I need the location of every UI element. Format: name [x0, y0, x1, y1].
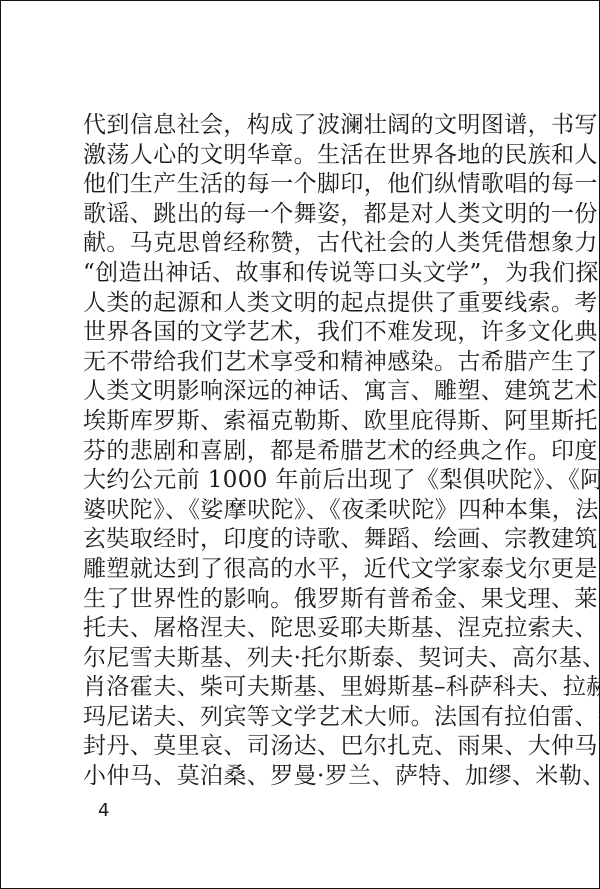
text-line: 芬的悲剧和喜剧，都是希腊艺术的经典之作。印度	[83, 437, 523, 467]
book-page: 代到信息社会，构成了波澜壮阔的文明图谱，书写了 激荡人心的文明华章。生活在世界各…	[0, 0, 600, 889]
text-line: 玛尼诺夫、列宾等文学艺术大师。法国有拉伯雷、拉	[83, 703, 523, 733]
text-line: 肖洛霍夫、柴可夫斯基、里姆斯基–科萨科夫、拉赫	[83, 673, 523, 703]
text-line: 激荡人心的文明华章。生活在世界各地的民族和人民，	[83, 141, 523, 171]
text-line: 歌谣、跳出的每一个舞姿，都是对人类文明的一份贡	[83, 200, 523, 230]
body-text: 代到信息社会，构成了波澜壮阔的文明图谱，书写了 激荡人心的文明华章。生活在世界各…	[83, 111, 523, 792]
text-line: 托夫、屠格涅夫、陀思妥耶夫斯基、涅克拉索夫、车	[83, 614, 523, 644]
text-line: 埃斯库罗斯、索福克勒斯、欧里庇得斯、阿里斯托	[83, 407, 523, 437]
text-line: 雕塑就达到了很高的水平，近代文学家泰戈尔更是产	[83, 555, 523, 585]
text-line: 玄奘取经时，印度的诗歌、舞蹈、绘画、宗教建筑和	[83, 525, 523, 555]
text-line: 世界各国的文学艺术，我们不难发现，许多文化典范，	[83, 318, 523, 348]
text-line: 代到信息社会，构成了波澜壮阔的文明图谱，书写了	[83, 111, 523, 141]
page-number: 4	[98, 800, 109, 821]
text-line: 无不带给我们艺术享受和精神感染。古希腊产生了对	[83, 348, 523, 378]
text-line: 生了世界性的影响。俄罗斯有普希金、果戈理、莱蒙	[83, 585, 523, 615]
text-line: 人类的起源和人类文明的起点提供了重要线索。考察	[83, 289, 523, 319]
text-line: 他们生产生活的每一个脚印，他们纵情歌唱的每一首	[83, 170, 523, 200]
text-line: 献。马克思曾经称赞，古代社会的人类凭借想象力，	[83, 229, 523, 259]
text-line: 婆吠陀》、《娑摩吠陀》、《夜柔吠陀》四种本集，法显、	[83, 496, 523, 526]
text-line: 大约公元前 1000 年前后出现了《梨俱吠陀》、《阿达	[83, 466, 523, 496]
text-line: 人类文明影响深远的神话、寓言、雕塑、建筑艺术。	[83, 377, 523, 407]
text-line: “创造出神话、故事和传说等口头文学”，为我们探究	[83, 259, 523, 289]
text-line: 封丹、莫里哀、司汤达、巴尔扎克、雨果、大仲马、	[83, 732, 523, 762]
text-line: 小仲马、莫泊桑、罗曼·罗兰、萨特、加缪、米勒、	[83, 762, 523, 792]
text-line: 尔尼雪夫斯基、列夫·托尔斯泰、契诃夫、高尔基、	[83, 644, 523, 674]
